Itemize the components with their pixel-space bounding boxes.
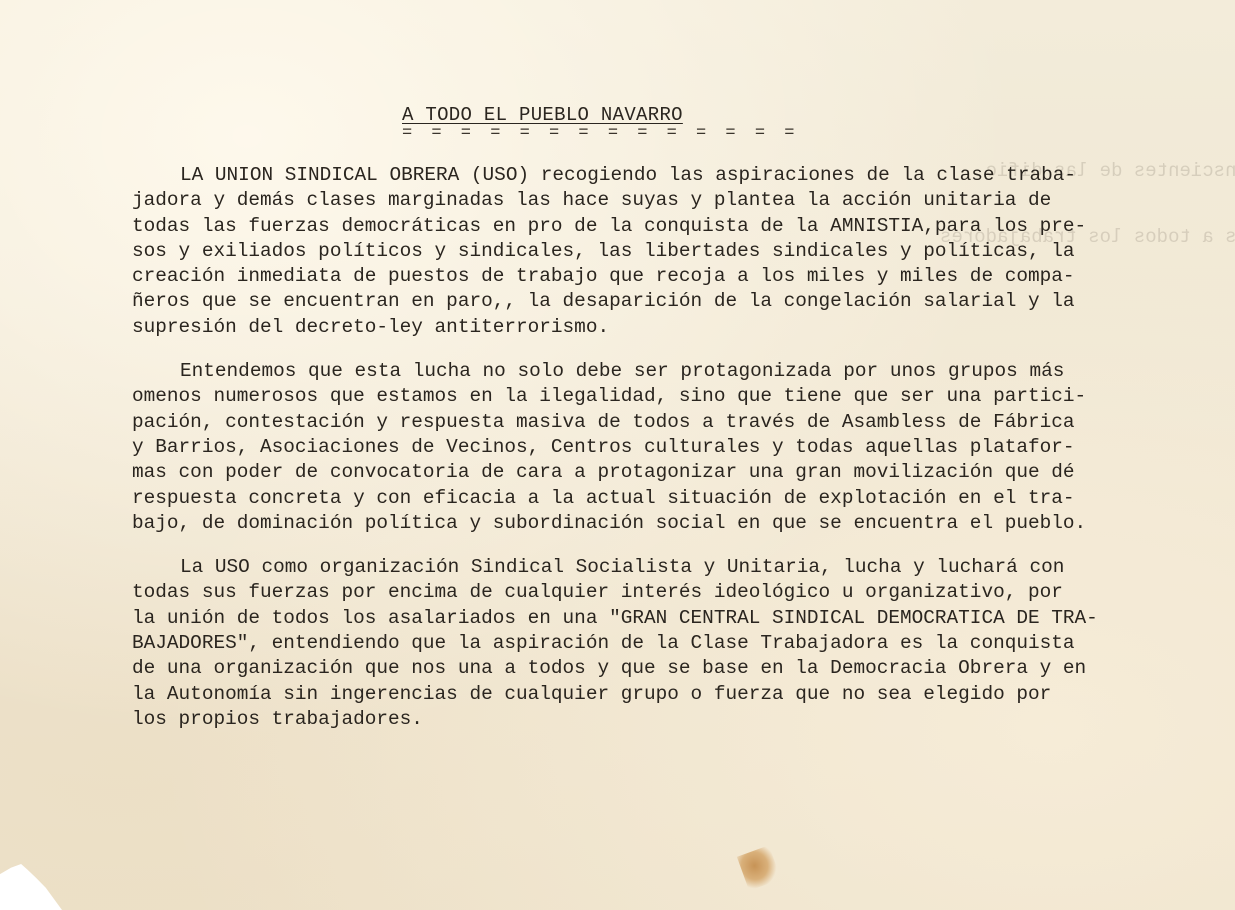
text-line: LA UNION SINDICAL OBRERA (USO) recogiend… [132,163,1172,188]
paper-stain [737,845,781,890]
text-line: todas sus fuerzas por encima de cualquie… [132,580,1172,605]
paper-sheet: Conscientes de las dific nos a todos los… [0,0,1235,910]
text-line: bajo, de dominación política y subordina… [132,511,1172,536]
document-title: A TODO EL PUEBLO NAVARRO = = = = = = = =… [402,104,799,143]
text-line: La USO como organización Sindical Social… [132,555,1172,580]
paragraph-3: La USO como organización Sindical Social… [132,555,1172,732]
text-line: respuesta concreta y con eficacia a la a… [132,486,1172,511]
title-text: A TODO EL PUEBLO NAVARRO [402,104,683,126]
document-body: LA UNION SINDICAL OBRERA (USO) recogiend… [132,163,1172,751]
text-line: de una organización que nos una a todos … [132,656,1172,681]
text-line: BAJADORES", entendiendo que la aspiració… [132,631,1172,656]
torn-corner [0,864,62,910]
text-line: la Autonomía sin ingerencias de cualquie… [132,682,1172,707]
paragraph-1: LA UNION SINDICAL OBRERA (USO) recogiend… [132,163,1172,340]
text-line: todas las fuerzas democráticas en pro de… [132,214,1172,239]
text-line: mas con poder de convocatoria de cara a … [132,460,1172,485]
text-line: pación, contestación y respuesta masiva … [132,410,1172,435]
text-line: creación inmediata de puestos de trabajo… [132,264,1172,289]
paragraph-2: Entendemos que esta lucha no solo debe s… [132,359,1172,536]
text-line: y Barrios, Asociaciones de Vecinos, Cent… [132,435,1172,460]
text-line: sos y exiliados políticos y sindicales, … [132,239,1172,264]
text-line: la unión de todos los asalariados en una… [132,606,1172,631]
text-line: Entendemos que esta lucha no solo debe s… [132,359,1172,384]
text-line: omenos numerosos que estamos en la ilega… [132,384,1172,409]
text-line: los propios trabajadores. [132,707,1172,732]
text-line: supresión del decreto-ley antiterrorismo… [132,315,1172,340]
text-line: jadora y demás clases marginadas las hac… [132,188,1172,213]
title-double-rule: = = = = = = = = = = = = = = [402,124,799,143]
text-line: ñeros que se encuentran en paro,, la des… [132,289,1172,314]
